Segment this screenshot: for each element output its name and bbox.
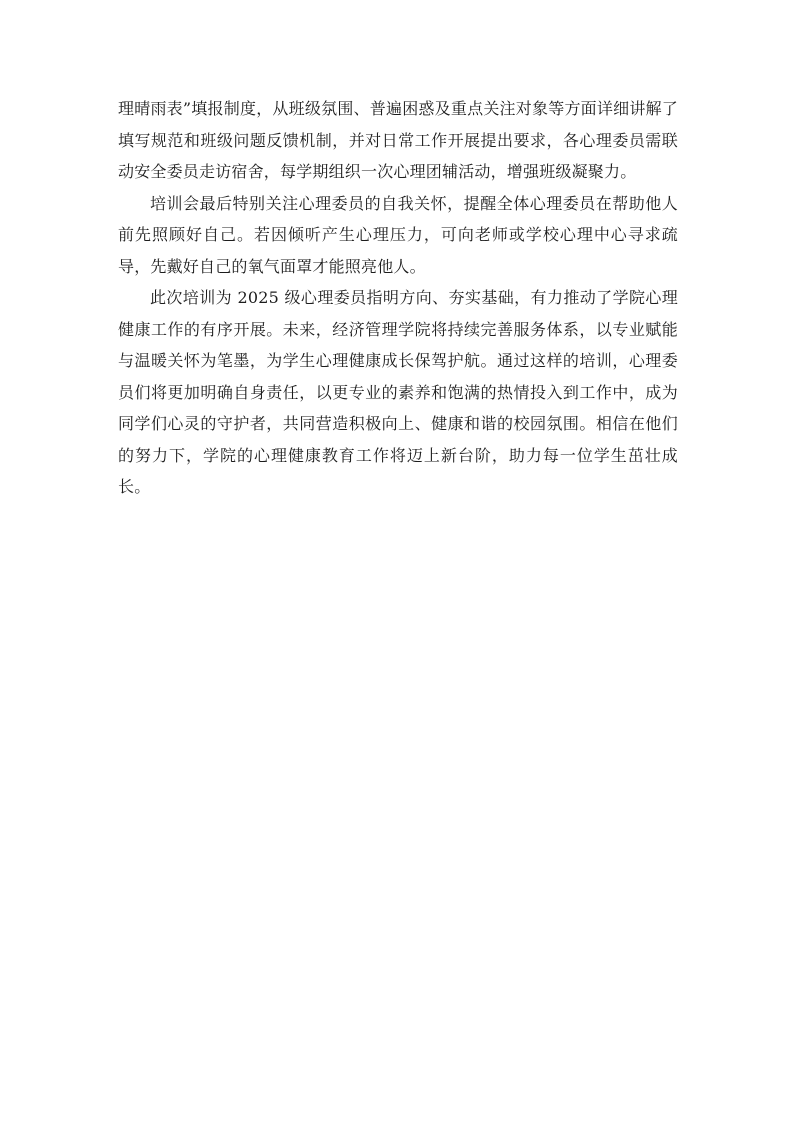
paragraph-continuation: 理晴雨表”填报制度，从班级氛围、普遍困惑及重点关注对象等方面详细讲解了填写规范和… <box>118 93 678 188</box>
document-text-block: 理晴雨表”填报制度，从班级氛围、普遍困惑及重点关注对象等方面详细讲解了填写规范和… <box>118 93 678 503</box>
paragraph-conclusion: 此次培训为 2025 级心理委员指明方向、夯实基础，有力推动了学院心理健康工作的… <box>118 282 678 503</box>
paragraph-self-care: 培训会最后特别关注心理委员的自我关怀，提醒全体心理委员在帮助他人前先照顾好自己。… <box>118 188 678 283</box>
document-page: 理晴雨表”填报制度，从班级氛围、普遍困惑及重点关注对象等方面详细讲解了填写规范和… <box>0 0 793 1122</box>
